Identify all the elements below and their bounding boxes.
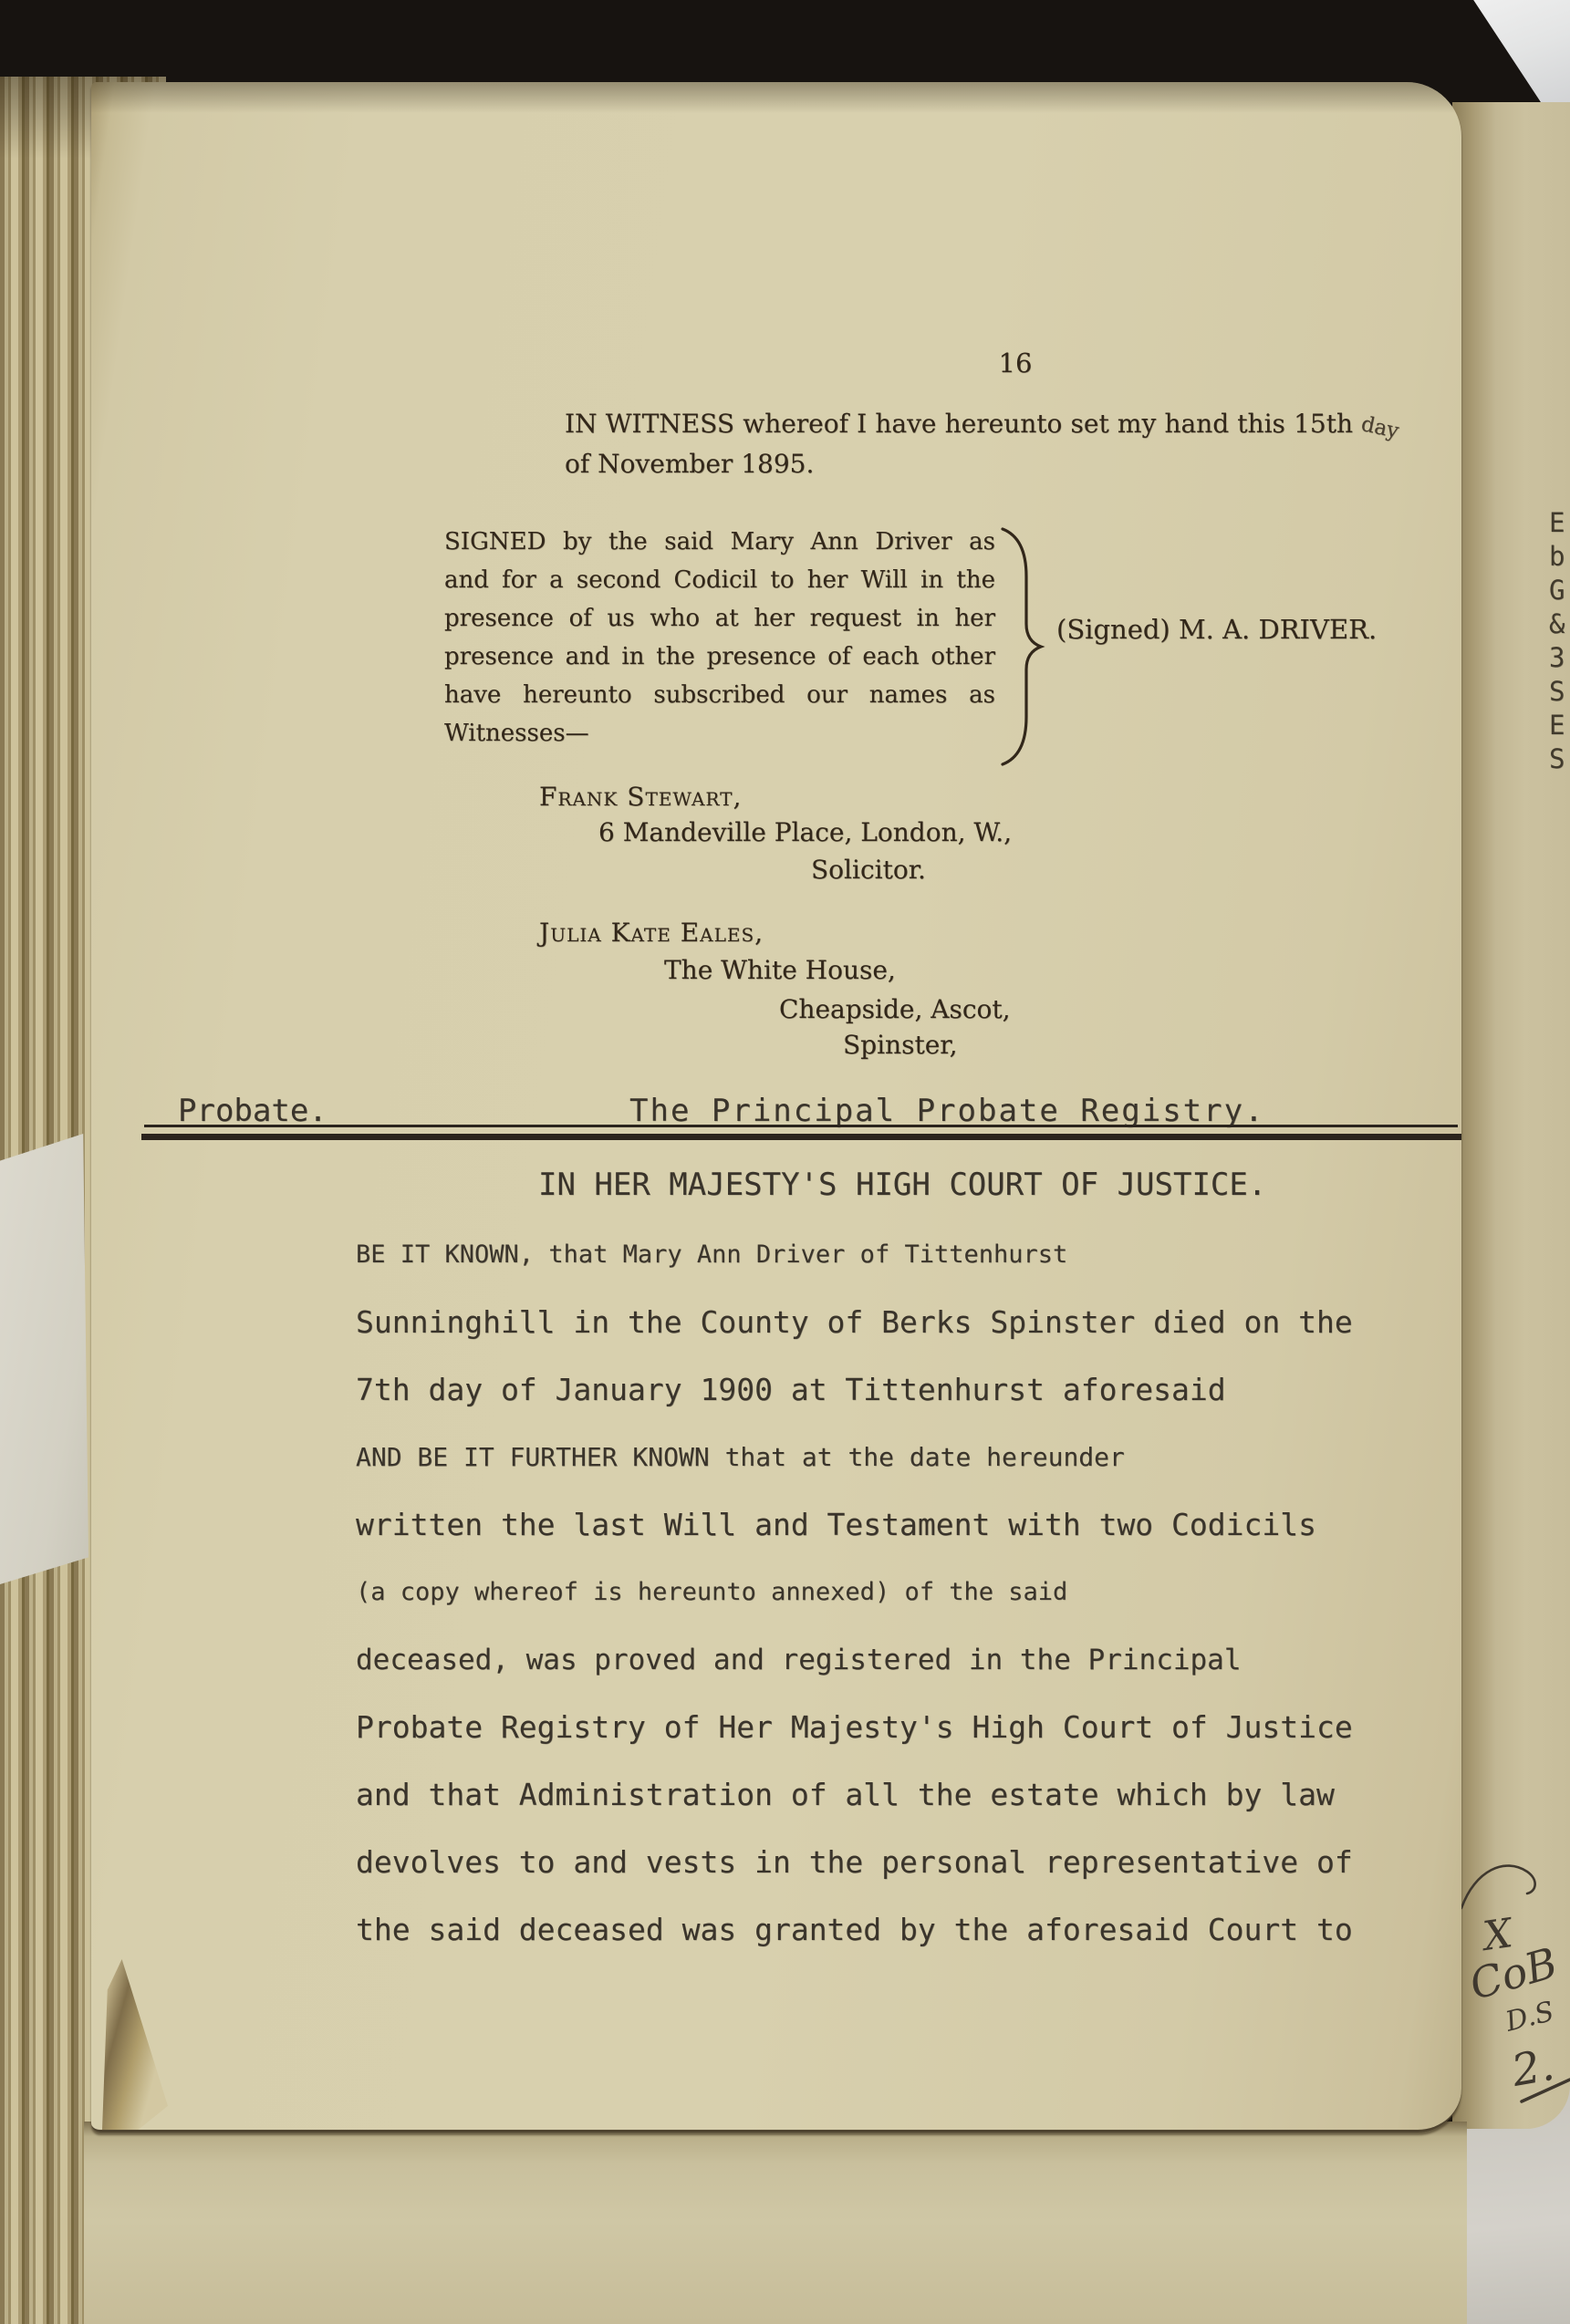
body-line: and that Administration of all the estat… — [356, 1777, 1335, 1813]
signed-clause-line: presence and in the presence of each oth… — [444, 638, 995, 676]
body-line: 7th day of January 1900 at Tittenhurst a… — [356, 1372, 1226, 1408]
witness-occupation: Solicitor. — [811, 854, 926, 887]
pen-flourish — [1461, 1866, 1535, 1908]
witness-name: Julia Kate Eales, — [539, 917, 764, 949]
inserted-sheet-edge — [0, 1134, 88, 1584]
signed-clause-line: presence of us who at her request in her — [444, 599, 995, 638]
body-line: (a copy whereof is hereunto annexed) of … — [356, 1574, 1067, 1611]
witness-name: Frank Stewart, — [539, 781, 742, 814]
adjacent-page-cut-text: & — [1549, 608, 1570, 639]
adjacent-page-cut-text: 3 — [1549, 642, 1570, 673]
loose-paper-sheet — [1465, 0, 1570, 117]
probate-margin-label: Probate. — [178, 1093, 328, 1129]
document-page: 16 IN WITNESS whereof I have hereunto se… — [91, 82, 1461, 2132]
witness-address: Cheapside, Ascot, — [779, 993, 1011, 1026]
court-heading: IN HER MAJESTY'S HIGH COURT OF JUSTICE. — [538, 1167, 1266, 1203]
signed-clause-line: and for a second Codicil to her Will in … — [444, 561, 995, 599]
header-rule-thick — [141, 1134, 1461, 1140]
clause-brace — [999, 525, 1046, 768]
handwritten-mark-ds: D.S — [1502, 1996, 1557, 2039]
page-number: 16 — [961, 347, 1070, 379]
body-line: Sunninghill in the County of Berks Spins… — [356, 1304, 1353, 1341]
body-line: BE IT KNOWN, that Mary Ann Driver of Tit… — [356, 1237, 1067, 1273]
body-line: devolves to and vests in the personal re… — [356, 1844, 1353, 1881]
page-corner-fold — [102, 1959, 168, 2130]
lower-page-edges — [84, 2122, 1467, 2324]
body-line: deceased, was proved and registered in t… — [356, 1642, 1242, 1678]
attestation-witness-line: IN WITNESS whereof I have hereunto set m… — [565, 407, 1353, 441]
adjacent-page-cut-text: E — [1549, 507, 1570, 538]
adjacent-page-cut-text: S — [1549, 743, 1570, 774]
header-rule-thin — [144, 1125, 1458, 1127]
body-line: the said deceased was granted by the afo… — [356, 1912, 1353, 1948]
attestation-date-line: of November 1895. — [565, 447, 814, 482]
adjacent-page-cut-text: E — [1549, 710, 1570, 741]
adjacent-page-cut-text: S — [1549, 676, 1570, 707]
body-line: AND BE IT FURTHER KNOWN that at the date… — [356, 1439, 1125, 1476]
signature-text: (Signed) M. A. DRIVER. — [1056, 611, 1377, 648]
scanned-book-photograph: E b G & 3 S E S X CoB D.S 2. 16 IN WITNE… — [0, 0, 1570, 2324]
signed-clause-line: SIGNED by the said Mary Ann Driver as — [444, 523, 995, 561]
body-line: Probate Registry of Her Majesty's High C… — [356, 1709, 1353, 1746]
signed-clause-line: have hereunto subscribed our names as — [444, 676, 995, 714]
signed-clause-block: SIGNED by the said Mary Ann Driver as an… — [444, 523, 995, 752]
witness-address: The White House, — [664, 954, 896, 987]
adjacent-page-edge: E b G & 3 S E S X CoB D.S 2. — [1452, 102, 1570, 2129]
handwritten-annotations: X CoB D.S 2. — [1452, 1852, 1570, 2116]
witness-address: 6 Mandeville Place, London, W., — [598, 816, 1012, 849]
adjacent-page-cut-text: G — [1549, 575, 1570, 606]
witness-occupation: Spinster, — [843, 1029, 958, 1062]
probate-registry-heading: The Principal Probate Registry. — [629, 1093, 1265, 1129]
body-line: written the last Will and Testament with… — [356, 1507, 1316, 1543]
adjacent-page-cut-text: b — [1549, 541, 1570, 572]
attestation-overflow-word: day — [1359, 412, 1401, 443]
